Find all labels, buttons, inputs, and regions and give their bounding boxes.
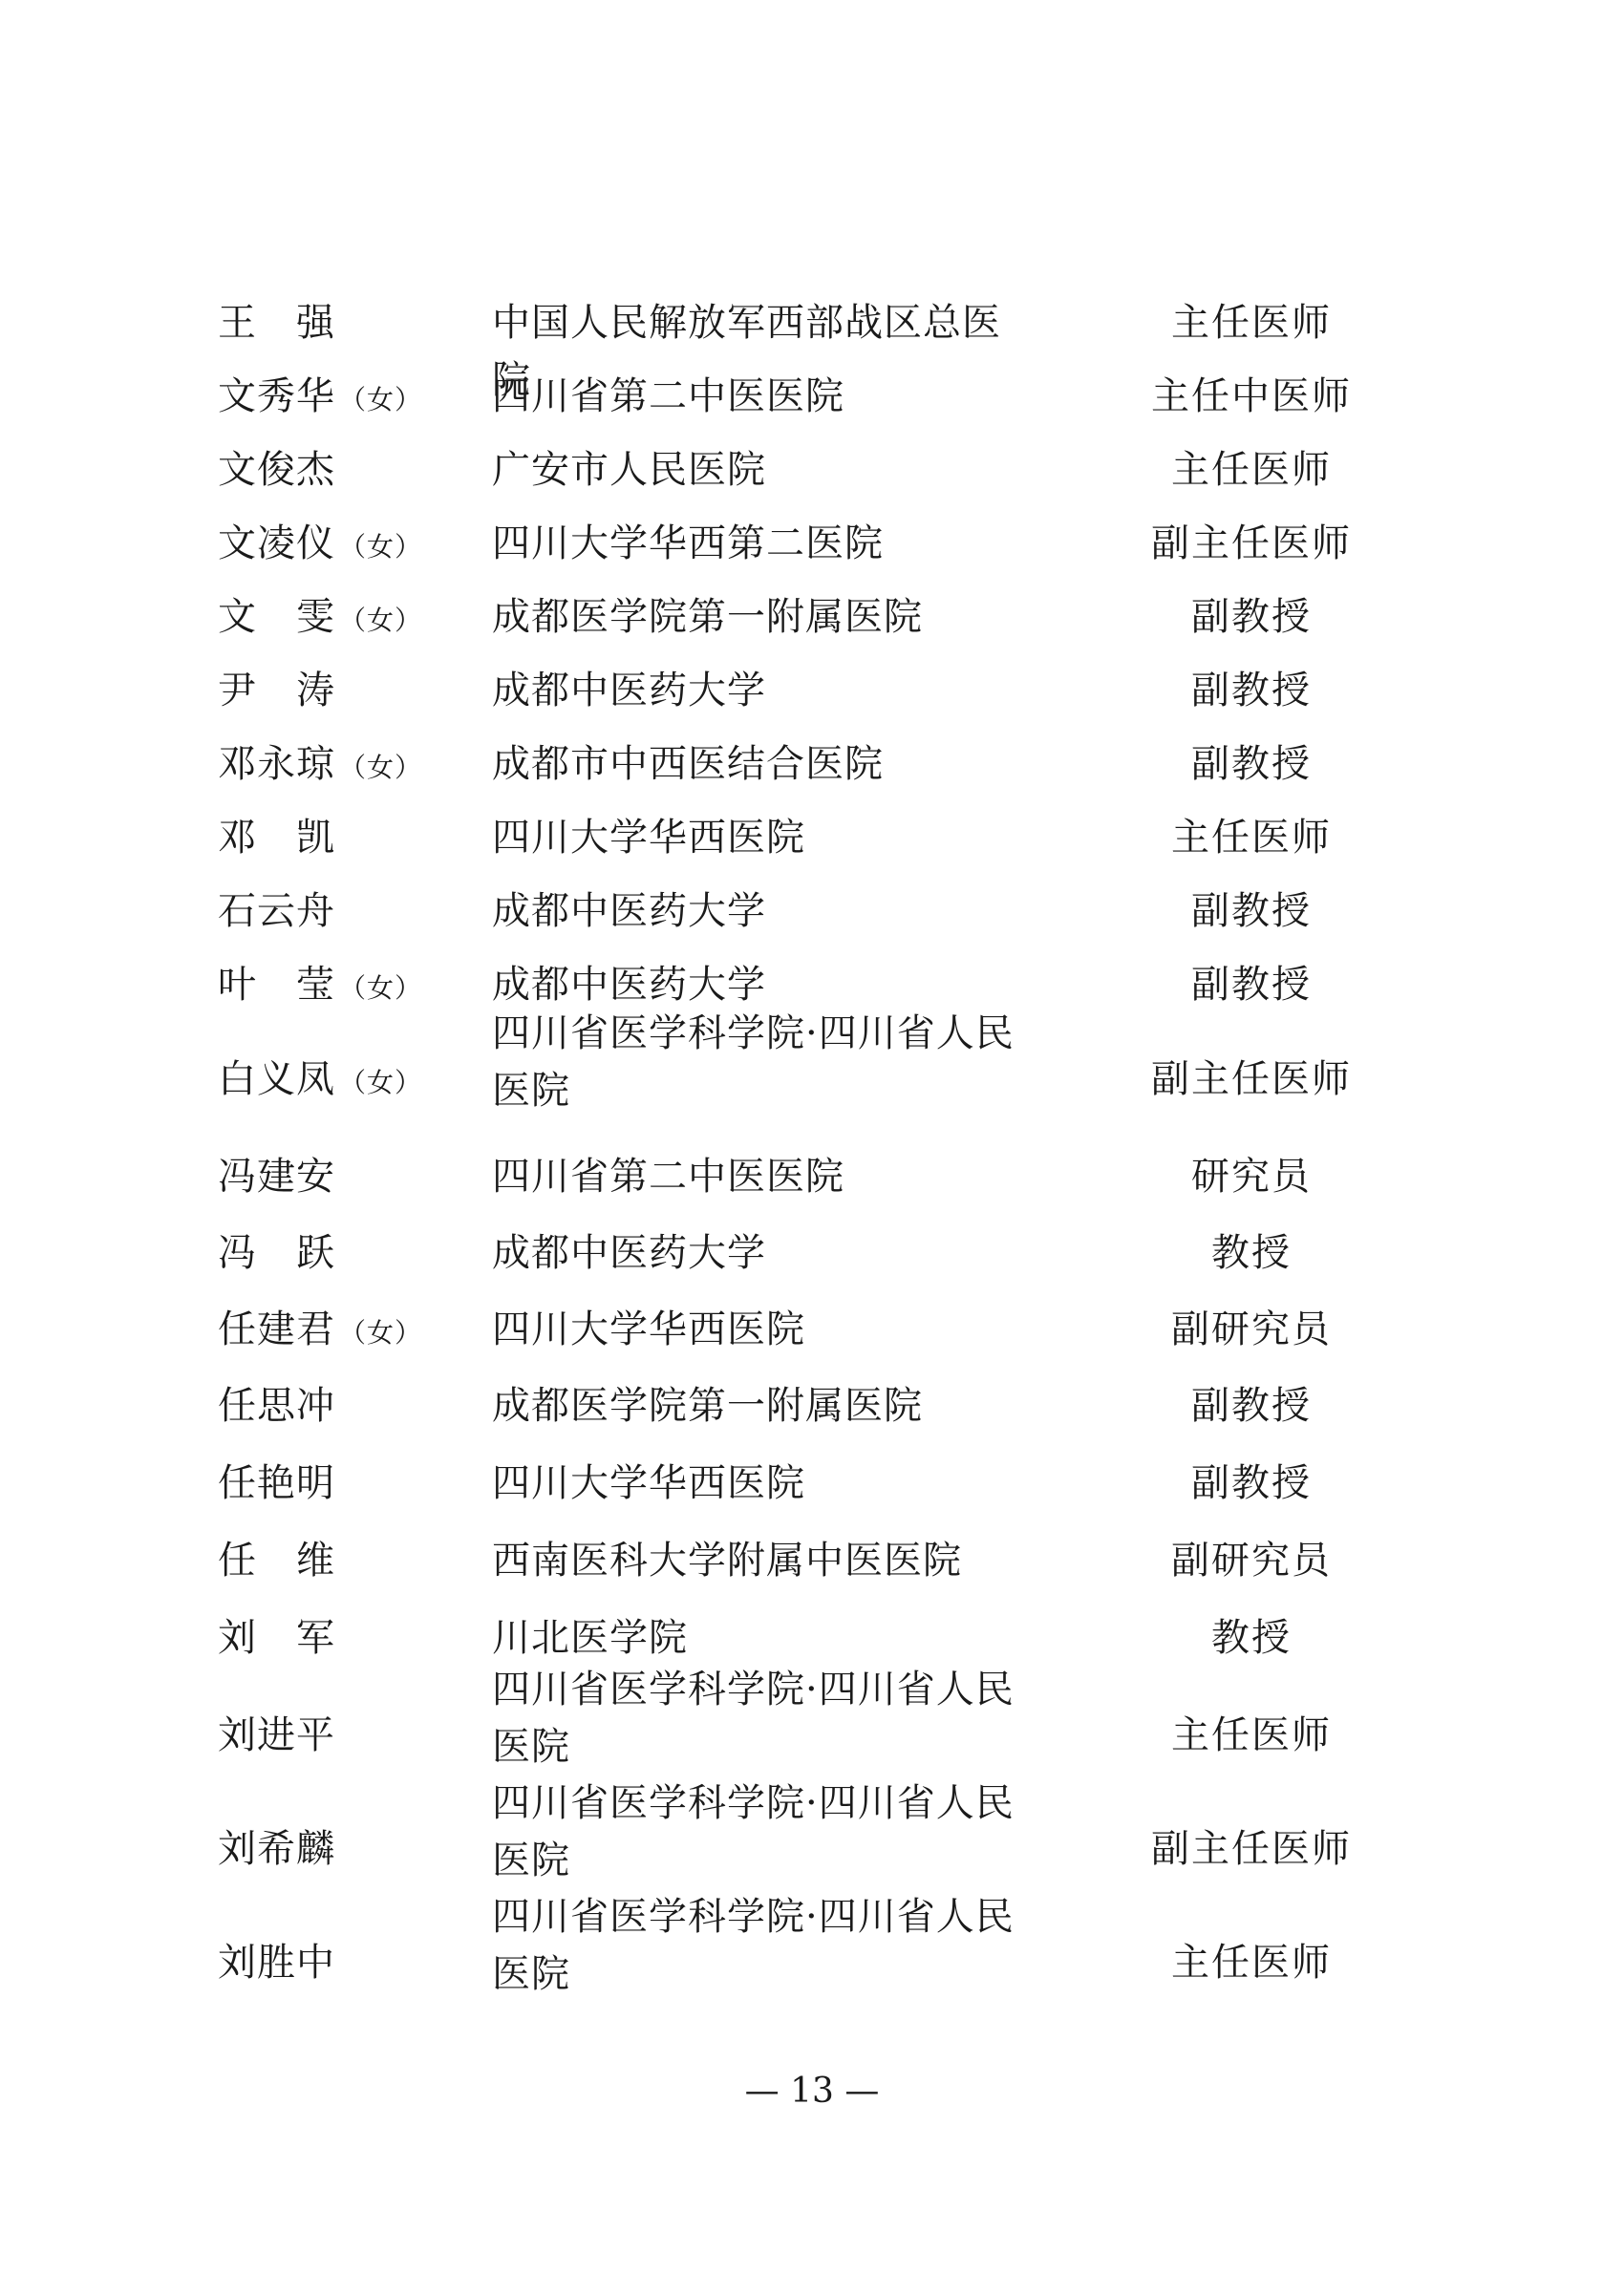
gender-mark: （女）: [339, 605, 422, 636]
page-number: — 13 —: [0, 2073, 1624, 2111]
institution: 成都中医药大学: [492, 882, 1027, 940]
person-name: 文凌仪（女）: [218, 524, 422, 566]
person-name: 刘进平: [218, 1716, 335, 1754]
person-name: 邓永琼（女）: [218, 745, 422, 787]
professional-title: 研究员: [1089, 1158, 1414, 1196]
person-name: 任思冲: [218, 1387, 335, 1425]
institution: 四川省医学科学院·四川省人民医院: [492, 1775, 1027, 1889]
institution: 成都医学院第一附属医院: [492, 588, 1027, 646]
name-text: 冯 跃: [218, 1231, 335, 1275]
professional-title: 副研究员: [1089, 1310, 1414, 1349]
name-text: 刘进平: [218, 1713, 335, 1757]
professional-title: 教授: [1089, 1234, 1414, 1272]
person-name: 文俊杰: [218, 451, 335, 489]
name-text: 文凌仪: [218, 521, 335, 565]
name-text: 叶 莹: [218, 963, 335, 1007]
person-name: 叶 莹（女）: [218, 966, 422, 1008]
name-text: 王 强: [218, 301, 335, 345]
name-text: 邓永琼: [218, 742, 335, 786]
person-name: 文 雯（女）: [218, 598, 422, 640]
document-page: 王 强 中国人民解放军西部战区总医院 主任医师 文秀华（女） 四川省第二中医医院…: [0, 0, 1624, 2296]
name-text: 邓 凯: [218, 816, 335, 860]
name-text: 任建君: [218, 1307, 335, 1351]
name-text: 尹 涛: [218, 669, 335, 712]
institution: 四川大学华西医院: [492, 1301, 1027, 1358]
professional-title: 副教授: [1089, 598, 1414, 636]
professional-title: 副研究员: [1089, 1541, 1414, 1580]
institution: 成都中医药大学: [492, 1224, 1027, 1282]
person-name: 邓 凯: [218, 818, 335, 857]
person-name: 文秀华（女）: [218, 377, 422, 419]
professional-title: 主任医师: [1089, 818, 1414, 857]
professional-title: 主任医师: [1089, 1716, 1414, 1754]
institution: 成都中医药大学: [492, 662, 1027, 719]
name-text: 冯建安: [218, 1155, 335, 1199]
professional-title: 副教授: [1089, 1464, 1414, 1502]
institution: 成都医学院第一附属医院: [492, 1377, 1027, 1435]
gender-mark: （女）: [339, 384, 422, 415]
name-text: 文秀华: [218, 374, 335, 418]
person-name: 任艳明: [218, 1464, 335, 1502]
professional-title: 副教授: [1089, 745, 1414, 783]
institution: 四川省第二中医医院: [492, 1148, 1027, 1205]
name-text: 刘胜中: [218, 1941, 335, 1985]
name-text: 文俊杰: [218, 448, 335, 492]
professional-title: 副主任医师: [1089, 1060, 1414, 1098]
institution: 西南医科大学附属中医医院: [492, 1532, 1027, 1589]
person-name: 王 强: [218, 304, 335, 342]
institution: 四川省医学科学院·四川省人民医院: [492, 1661, 1027, 1775]
professional-title: 主任医师: [1089, 451, 1414, 489]
professional-title: 副教授: [1089, 1387, 1414, 1425]
professional-title: 副主任医师: [1089, 1830, 1414, 1868]
person-name: 刘胜中: [218, 1944, 335, 1982]
professional-title: 副主任医师: [1089, 524, 1414, 563]
professional-title: 主任医师: [1089, 304, 1414, 342]
person-name: 刘希麟: [218, 1830, 335, 1868]
institution: 四川省医学科学院·四川省人民医院: [492, 1005, 1027, 1119]
gender-mark: （女）: [339, 1067, 422, 1098]
professional-title: 教授: [1089, 1619, 1414, 1657]
person-name: 任建君（女）: [218, 1310, 422, 1352]
professional-title: 副教授: [1089, 671, 1414, 710]
institution: 川北医学院: [492, 1609, 1027, 1667]
person-name: 尹 涛: [218, 671, 335, 710]
institution: 四川大学华西医院: [492, 1455, 1027, 1512]
name-text: 白义凤: [218, 1057, 335, 1101]
institution: 成都市中西医结合医院: [492, 735, 1027, 793]
institution: 四川省第二中医医院: [492, 368, 1027, 425]
name-text: 石云舟: [218, 889, 335, 933]
gender-mark: （女）: [339, 531, 422, 563]
person-name: 冯建安: [218, 1158, 335, 1196]
professional-title: 主任中医师: [1089, 377, 1414, 415]
gender-mark: （女）: [339, 972, 422, 1004]
professional-title: 主任医师: [1089, 1944, 1414, 1982]
person-name: 任 维: [218, 1541, 335, 1580]
institution: 四川省医学科学院·四川省人民医院: [492, 1888, 1027, 2003]
name-text: 刘希麟: [218, 1827, 335, 1871]
person-name: 刘 军: [218, 1619, 335, 1657]
institution: 广安市人民医院: [492, 441, 1027, 499]
name-text: 任思冲: [218, 1384, 335, 1428]
person-name: 石云舟: [218, 892, 335, 930]
gender-mark: （女）: [339, 1317, 422, 1349]
gender-mark: （女）: [339, 752, 422, 783]
professional-title: 副教授: [1089, 966, 1414, 1004]
name-text: 文 雯: [218, 595, 335, 639]
person-name: 白义凤（女）: [218, 1060, 422, 1102]
institution: 四川大学华西医院: [492, 809, 1027, 866]
name-text: 任 维: [218, 1539, 335, 1583]
person-name: 冯 跃: [218, 1234, 335, 1272]
name-text: 刘 军: [218, 1616, 335, 1660]
name-text: 任艳明: [218, 1461, 335, 1505]
institution: 四川大学华西第二医院: [492, 515, 1027, 572]
professional-title: 副教授: [1089, 892, 1414, 930]
